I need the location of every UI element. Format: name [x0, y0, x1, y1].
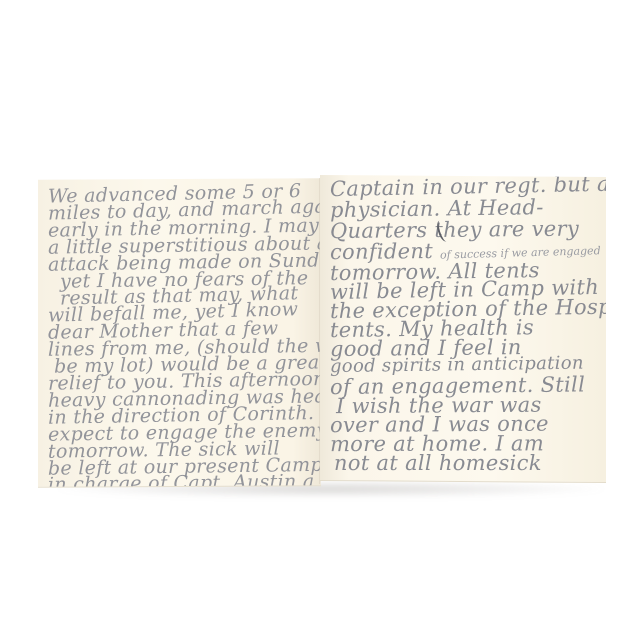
left-line-18: in charge of Capt. Austin a	[48, 470, 315, 487]
right-line-15: not at all homesick	[334, 451, 542, 475]
letter: We advanced some 5 or 6 miles to day, an…	[38, 176, 606, 488]
left-page: We advanced some 5 or 6 miles to day, an…	[38, 178, 321, 487]
right-page: Captain in our regt. but a physician. At…	[320, 175, 606, 483]
